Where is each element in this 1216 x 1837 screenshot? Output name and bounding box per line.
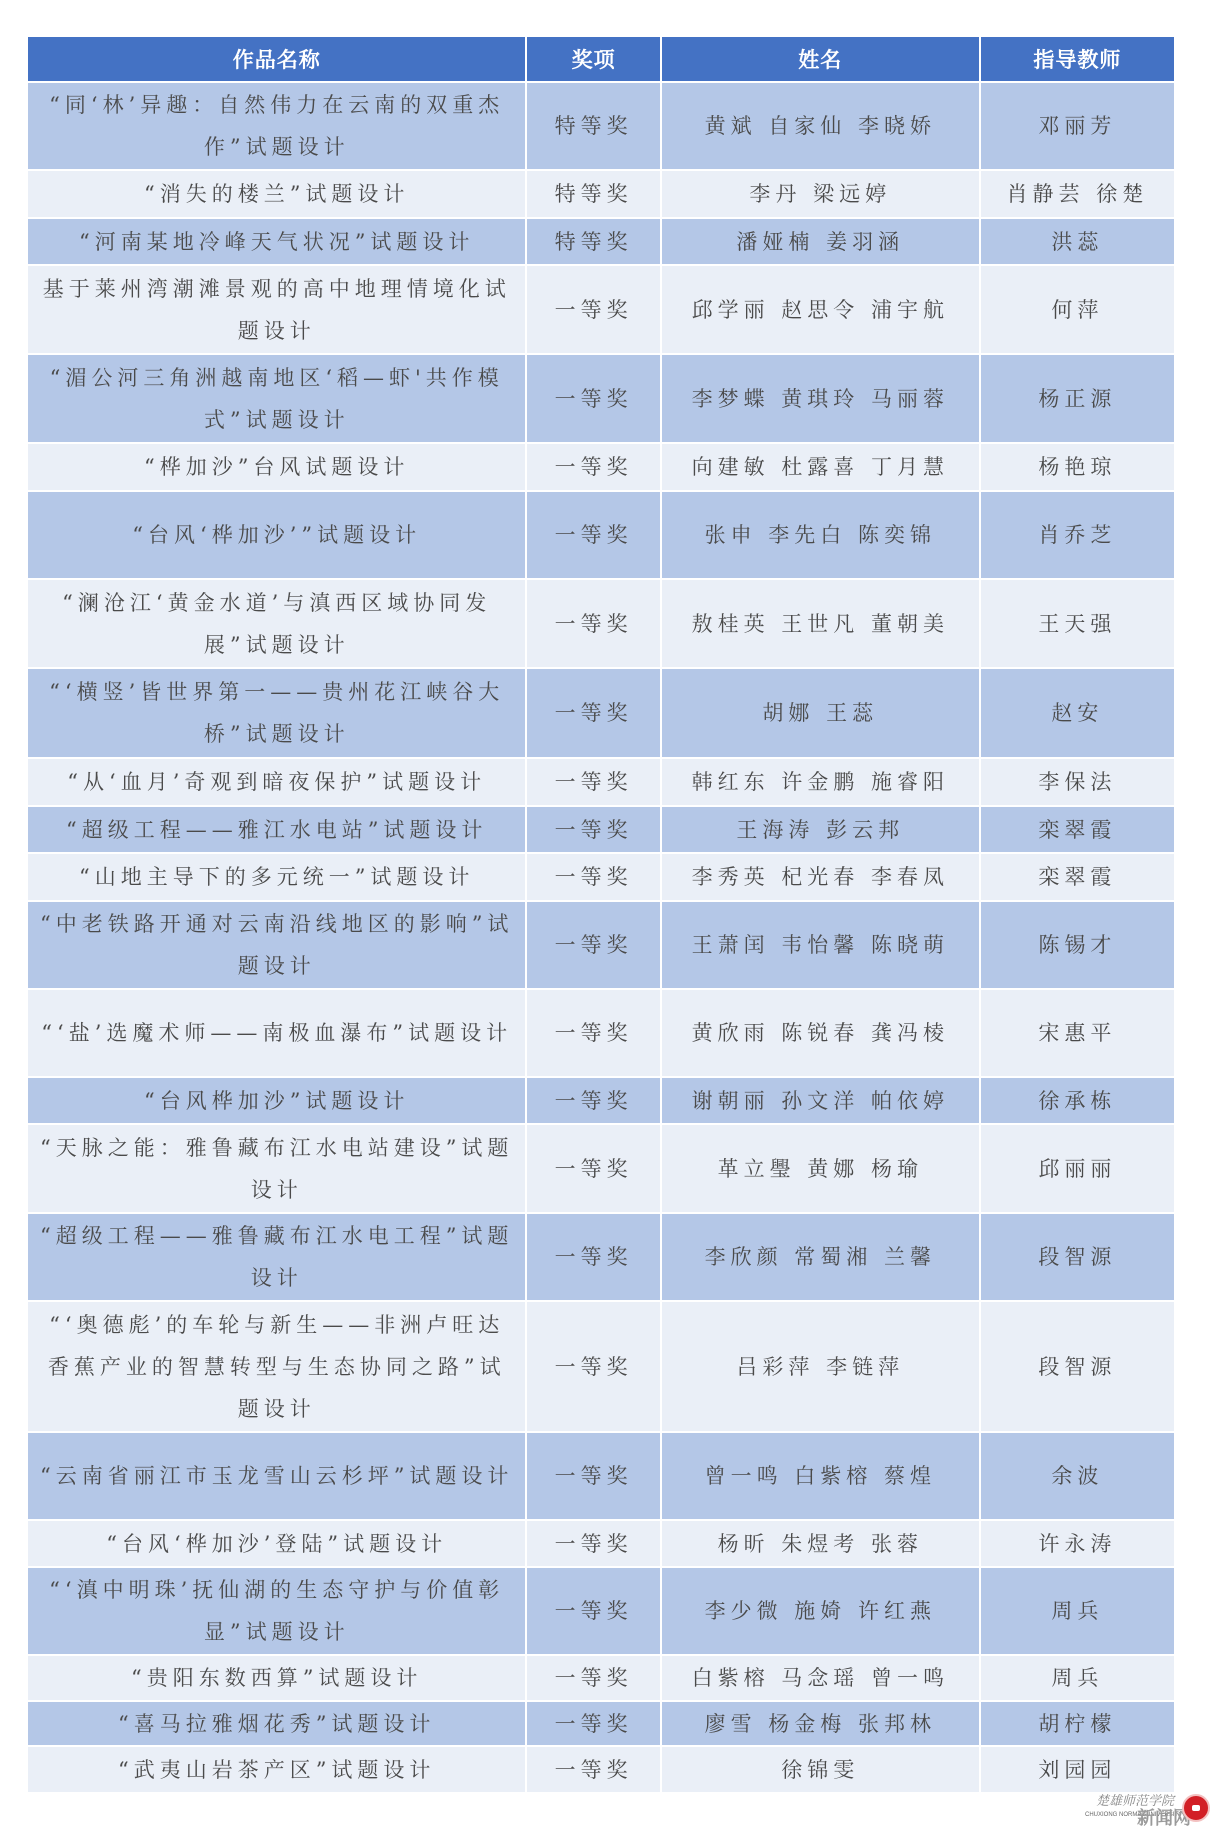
table-row: “消失的楼兰”试题设计特等奖李丹 梁远婷肖静芸 徐楚	[28, 171, 1174, 217]
cell-names: 邱学丽 赵思令 浦宇航	[662, 266, 979, 353]
cell-award: 一等奖	[527, 444, 659, 490]
cell-award: 一等奖	[527, 1302, 659, 1431]
cell-award: 特等奖	[527, 219, 659, 264]
cell-award: 特等奖	[527, 171, 659, 217]
cell-names: 廖雪 杨金梅 张邦林	[662, 1702, 979, 1745]
cell-award: 特等奖	[527, 83, 659, 169]
cell-teacher: 杨艳琼	[981, 444, 1174, 490]
table-row: “湄公河三角洲越南地区‘稻—虾'共作模式”试题设计一等奖李梦蝶 黄琪玲 马丽蓉杨…	[28, 355, 1174, 442]
table-row: “从‘血月’奇观到暗夜保护”试题设计一等奖韩红东 许金鹏 施睿阳李保法	[28, 759, 1174, 805]
cell-names: 李秀英 杞光春 李春凤	[662, 854, 979, 900]
cell-names: 李丹 梁远婷	[662, 171, 979, 217]
cell-award: 一等奖	[527, 1568, 659, 1654]
table-row: “同‘林’异趣：自然伟力在云南的双重杰作”试题设计特等奖黄斌 自家仙 李晓娇邓丽…	[28, 83, 1174, 169]
table-row: “‘横竖’皆世界第一——贵州花江峡谷大桥”试题设计一等奖胡娜 王蕊赵安	[28, 669, 1174, 757]
cell-names: 黄欣雨 陈锐春 龚冯棱	[662, 990, 979, 1076]
cell-names: 潘娅楠 姜羽涵	[662, 219, 979, 264]
cell-teacher: 赵安	[981, 669, 1174, 757]
awards-table: 作品名称 奖项 姓名 指导教师 “同‘林’异趣：自然伟力在云南的双重杰作”试题设…	[26, 35, 1176, 1794]
table-row: “天脉之能：雅鲁藏布江水电站建设”试题设计一等奖革立璺 黄娜 杨瑜邱丽丽	[28, 1125, 1174, 1212]
table-row: “超级工程——雅鲁藏布江水电工程”试题设计一等奖李欣颜 常蜀湘 兰馨段智源	[28, 1214, 1174, 1300]
cell-teacher: 余波	[981, 1433, 1174, 1519]
cell-award: 一等奖	[527, 1214, 659, 1300]
cell-teacher: 栾翠霞	[981, 854, 1174, 900]
cell-title: “从‘血月’奇观到暗夜保护”试题设计	[28, 759, 525, 805]
cell-title: “贵阳东数西算”试题设计	[28, 1656, 525, 1700]
cell-title: “中老铁路开通对云南沿线地区的影响”试题设计	[28, 902, 525, 988]
cell-title: “桦加沙”台风试题设计	[28, 444, 525, 490]
cell-teacher: 周兵	[981, 1568, 1174, 1654]
cell-title: “湄公河三角洲越南地区‘稻—虾'共作模式”试题设计	[28, 355, 525, 442]
cell-teacher: 肖静芸 徐楚	[981, 171, 1174, 217]
cell-award: 一等奖	[527, 266, 659, 353]
cell-title: “‘盐’选魔术师——南极血瀑布”试题设计	[28, 990, 525, 1076]
cell-teacher: 邱丽丽	[981, 1125, 1174, 1212]
column-header-award: 奖项	[527, 37, 659, 81]
table-row: “武夷山岩茶产区”试题设计一等奖徐锦雯刘园园	[28, 1747, 1174, 1792]
cell-names: 杨昕 朱煜考 张蓉	[662, 1521, 979, 1566]
cell-title: “台风‘桦加沙’”试题设计	[28, 492, 525, 578]
cell-award: 一等奖	[527, 807, 659, 852]
cell-title: “同‘林’异趣：自然伟力在云南的双重杰作”试题设计	[28, 83, 525, 169]
table-row: “桦加沙”台风试题设计一等奖向建敏 杜露喜 丁月慧杨艳琼	[28, 444, 1174, 490]
cell-title: “‘奥德彪’的车轮与新生——非洲卢旺达香蕉产业的智慧转型与生态协同之路”试题设计	[28, 1302, 525, 1431]
cell-teacher: 段智源	[981, 1214, 1174, 1300]
cell-award: 一等奖	[527, 580, 659, 667]
cell-award: 一等奖	[527, 902, 659, 988]
cell-teacher: 何萍	[981, 266, 1174, 353]
cell-teacher: 段智源	[981, 1302, 1174, 1431]
cell-award: 一等奖	[527, 1125, 659, 1212]
cell-award: 一等奖	[527, 669, 659, 757]
cell-award: 一等奖	[527, 492, 659, 578]
cell-title: “武夷山岩茶产区”试题设计	[28, 1747, 525, 1792]
table-row: “中老铁路开通对云南沿线地区的影响”试题设计一等奖王萧闰 韦怡馨 陈晓萌陈锡才	[28, 902, 1174, 988]
cell-title: “河南某地冷峰天气状况”试题设计	[28, 219, 525, 264]
cell-teacher: 宋惠平	[981, 990, 1174, 1076]
cell-award: 一等奖	[527, 1747, 659, 1792]
school-seal-icon	[1182, 1794, 1210, 1822]
cell-award: 一等奖	[527, 990, 659, 1076]
column-header-teacher: 指导教师	[981, 37, 1174, 81]
cell-title: “超级工程——雅鲁藏布江水电工程”试题设计	[28, 1214, 525, 1300]
cell-names: 向建敏 杜露喜 丁月慧	[662, 444, 979, 490]
cell-title: “喜马拉雅烟花秀”试题设计	[28, 1702, 525, 1745]
cell-names: 胡娜 王蕊	[662, 669, 979, 757]
cell-title: “‘滇中明珠’抚仙湖的生态守护与价值彰显”试题设计	[28, 1568, 525, 1654]
table-row: “台风‘桦加沙’登陆”试题设计一等奖杨昕 朱煜考 张蓉许永涛	[28, 1521, 1174, 1566]
cell-teacher: 洪蕊	[981, 219, 1174, 264]
cell-names: 李少微 施婍 许红燕	[662, 1568, 979, 1654]
cell-teacher: 杨正源	[981, 355, 1174, 442]
cell-names: 韩红东 许金鹏 施睿阳	[662, 759, 979, 805]
table-row: “山地主导下的多元统一”试题设计一等奖李秀英 杞光春 李春凤栾翠霞	[28, 854, 1174, 900]
cell-teacher: 王天强	[981, 580, 1174, 667]
table-row: “超级工程——雅江水电站”试题设计一等奖王海涛 彭云邦栾翠霞	[28, 807, 1174, 852]
cell-title: “台风桦加沙”试题设计	[28, 1078, 525, 1123]
cell-award: 一等奖	[527, 759, 659, 805]
table-row: “台风桦加沙”试题设计一等奖谢朝丽 孙文洋 帕依婷徐承栋	[28, 1078, 1174, 1123]
cell-title: 基于莱州湾潮滩景观的高中地理情境化试题设计	[28, 266, 525, 353]
cell-award: 一等奖	[527, 355, 659, 442]
cell-title: “‘横竖’皆世界第一——贵州花江峡谷大桥”试题设计	[28, 669, 525, 757]
column-header-names: 姓名	[662, 37, 979, 81]
cell-title: “云南省丽江市玉龙雪山云杉坪”试题设计	[28, 1433, 525, 1519]
cell-teacher: 徐承栋	[981, 1078, 1174, 1123]
cell-award: 一等奖	[527, 1656, 659, 1700]
table-row: “‘奥德彪’的车轮与新生——非洲卢旺达香蕉产业的智慧转型与生态协同之路”试题设计…	[28, 1302, 1174, 1431]
cell-teacher: 栾翠霞	[981, 807, 1174, 852]
cell-names: 张申 李先白 陈奕锦	[662, 492, 979, 578]
cell-names: 革立璺 黄娜 杨瑜	[662, 1125, 979, 1212]
table-row: “河南某地冷峰天气状况”试题设计特等奖潘娅楠 姜羽涵洪蕊	[28, 219, 1174, 264]
table-row: “喜马拉雅烟花秀”试题设计一等奖廖雪 杨金梅 张邦林胡柠檬	[28, 1702, 1174, 1745]
cell-title: “超级工程——雅江水电站”试题设计	[28, 807, 525, 852]
cell-names: 白紫榕 马念瑶 曾一鸣	[662, 1656, 979, 1700]
table-row: “云南省丽江市玉龙雪山云杉坪”试题设计一等奖曾一鸣 白紫榕 蔡煌余波	[28, 1433, 1174, 1519]
cell-award: 一等奖	[527, 1433, 659, 1519]
cell-teacher: 周兵	[981, 1656, 1174, 1700]
cell-teacher: 李保法	[981, 759, 1174, 805]
table-row: “‘滇中明珠’抚仙湖的生态守护与价值彰显”试题设计一等奖李少微 施婍 许红燕周兵	[28, 1568, 1174, 1654]
cell-names: 吕彩萍 李链萍	[662, 1302, 979, 1431]
cell-teacher: 邓丽芳	[981, 83, 1174, 169]
cell-title: “天脉之能：雅鲁藏布江水电站建设”试题设计	[28, 1125, 525, 1212]
cell-names: 李梦蝶 黄琪玲 马丽蓉	[662, 355, 979, 442]
table-row: 基于莱州湾潮滩景观的高中地理情境化试题设计一等奖邱学丽 赵思令 浦宇航何萍	[28, 266, 1174, 353]
cell-teacher: 胡柠檬	[981, 1702, 1174, 1745]
cell-title: “澜沧江‘黄金水道’与滇西区域协同发展”试题设计	[28, 580, 525, 667]
cell-title: “台风‘桦加沙’登陆”试题设计	[28, 1521, 525, 1566]
cell-teacher: 肖乔芝	[981, 492, 1174, 578]
table-row: “贵阳东数西算”试题设计一等奖白紫榕 马念瑶 曾一鸣周兵	[28, 1656, 1174, 1700]
column-header-title: 作品名称	[28, 37, 525, 81]
cell-names: 王萧闰 韦怡馨 陈晓萌	[662, 902, 979, 988]
table-header-row: 作品名称 奖项 姓名 指导教师	[28, 37, 1174, 81]
cell-names: 敖桂英 王世凡 董朝美	[662, 580, 979, 667]
cell-names: 王海涛 彭云邦	[662, 807, 979, 852]
cell-names: 谢朝丽 孙文洋 帕依婷	[662, 1078, 979, 1123]
cell-award: 一等奖	[527, 1078, 659, 1123]
cell-award: 一等奖	[527, 1521, 659, 1566]
table-row: “‘盐’选魔术师——南极血瀑布”试题设计一等奖黄欣雨 陈锐春 龚冯棱宋惠平	[28, 990, 1174, 1076]
cell-names: 曾一鸣 白紫榕 蔡煌	[662, 1433, 979, 1519]
cell-teacher: 陈锡才	[981, 902, 1174, 988]
cell-award: 一等奖	[527, 1702, 659, 1745]
cell-names: 李欣颜 常蜀湘 兰馨	[662, 1214, 979, 1300]
cell-teacher: 许永涛	[981, 1521, 1174, 1566]
site-watermark: 楚雄师范学院 CHUXIONG NORMAL UNIVERSITY 新闻网	[1085, 1790, 1210, 1830]
table-row: “台风‘桦加沙’”试题设计一等奖张申 李先白 陈奕锦肖乔芝	[28, 492, 1174, 578]
cell-title: “消失的楼兰”试题设计	[28, 171, 525, 217]
cell-teacher: 刘园园	[981, 1747, 1174, 1792]
cell-names: 徐锦雯	[662, 1747, 979, 1792]
cell-title: “山地主导下的多元统一”试题设计	[28, 854, 525, 900]
cell-award: 一等奖	[527, 854, 659, 900]
cell-names: 黄斌 自家仙 李晓娇	[662, 83, 979, 169]
table-row: “澜沧江‘黄金水道’与滇西区域协同发展”试题设计一等奖敖桂英 王世凡 董朝美王天…	[28, 580, 1174, 667]
